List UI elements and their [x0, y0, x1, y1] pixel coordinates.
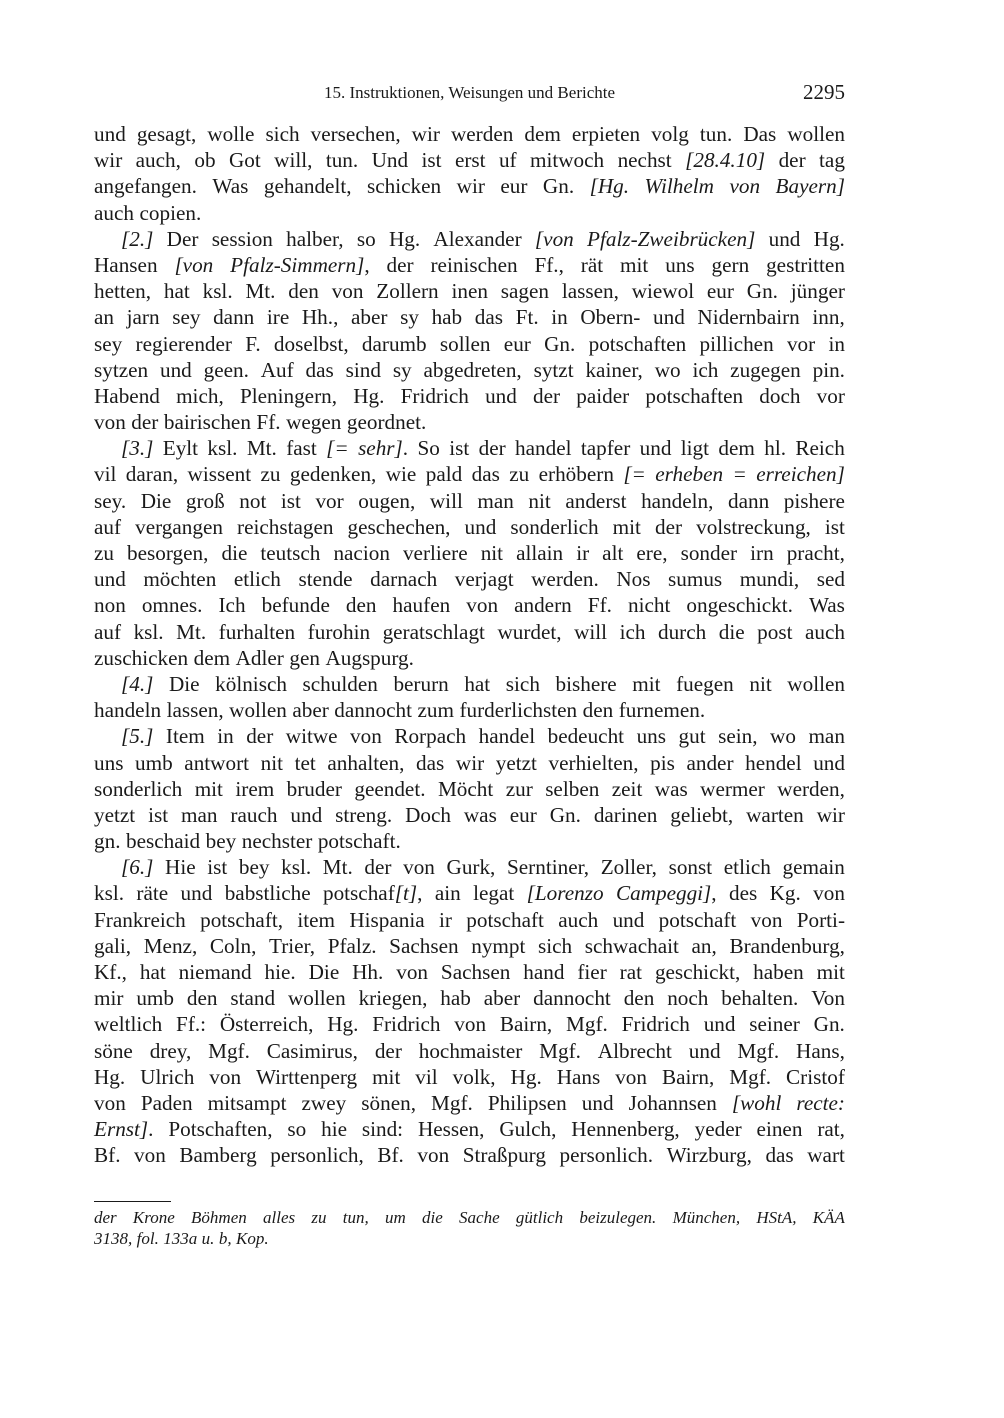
word: wurdet,: [497, 619, 561, 645]
word: Porti-: [797, 907, 845, 933]
word: ere,: [636, 540, 667, 566]
word: hand: [523, 959, 564, 985]
word: Was: [809, 592, 845, 618]
word: [wohl: [732, 1090, 781, 1116]
word: weltlich: [94, 1011, 162, 1037]
word: lassen,: [562, 278, 619, 304]
text-line: Hg.UlrichvonWirttenpergmitvilvolk,Hg.Han…: [94, 1064, 845, 1090]
word: wo: [655, 357, 681, 383]
text-line: hetten,hatksl.Mt.denvonZollerninensagenl…: [94, 278, 845, 304]
word: vergangen: [135, 514, 223, 540]
word: Habend: [94, 383, 160, 409]
word: antwort: [184, 750, 249, 776]
word: man: [181, 802, 217, 828]
word: 133a: [163, 1228, 197, 1249]
word: die: [719, 619, 745, 645]
word: daran,: [126, 461, 178, 487]
word: mit: [632, 671, 660, 697]
word: zwey: [302, 1090, 347, 1116]
word: sonderlich: [510, 514, 598, 540]
word: Mgf.: [729, 1064, 771, 1090]
word: der: [246, 723, 273, 749]
word: Item: [166, 723, 205, 749]
word: besorgen,: [127, 540, 208, 566]
word: Casimirus,: [267, 1038, 358, 1064]
word: wollen: [229, 697, 287, 723]
word: Pfalz-Zweibrücken]: [587, 226, 755, 252]
word: nit: [749, 671, 771, 697]
word: omnes.: [142, 592, 203, 618]
word: wir: [94, 147, 122, 173]
word: sy: [393, 357, 412, 383]
word: möchten: [143, 566, 216, 592]
word: potschaft.: [318, 828, 401, 854]
word: und: [94, 566, 126, 592]
word: post: [757, 619, 792, 645]
text-line: mirumbdenstandwollenkriegen,hababerdanno…: [94, 985, 845, 1011]
word: uns: [665, 252, 694, 278]
word: mitwoch: [530, 147, 604, 173]
word: befunde: [262, 592, 330, 618]
word: dannocht: [334, 697, 412, 723]
word: handel: [515, 435, 571, 461]
word: reinischen: [431, 252, 518, 278]
word: noch: [667, 985, 708, 1011]
word: gern: [712, 252, 750, 278]
word: sey: [94, 331, 122, 357]
page-header: 15. Instruktionen, Weisungen und Bericht…: [94, 80, 845, 106]
word: nechster: [242, 828, 313, 854]
word: um: [385, 1207, 406, 1228]
word: Serntiner,: [507, 854, 589, 880]
footnote-divider: [94, 1201, 171, 1202]
word: hochmaister: [419, 1038, 523, 1064]
word: pis: [650, 750, 675, 776]
text-line: sey.Diegroßnotistvorougen,willmannitande…: [94, 488, 845, 514]
word: b,: [219, 1228, 232, 1249]
word: fol.: [137, 1228, 159, 1249]
word: rauch: [230, 802, 277, 828]
word: wart: [807, 1142, 845, 1168]
word: Das: [743, 121, 776, 147]
word: [von: [174, 252, 213, 278]
word: Sachsen: [389, 933, 458, 959]
word: der: [94, 1207, 117, 1228]
word: kriegen,: [359, 985, 428, 1011]
text-line: sönedrey,Mgf.Casimirus,derhochmaisterMgf…: [94, 1038, 845, 1064]
word: Zollern: [376, 278, 438, 304]
word: Reich: [795, 435, 844, 461]
word: ich: [620, 619, 646, 645]
word: erreichen]: [756, 461, 845, 487]
word: sed: [817, 566, 845, 592]
word: das: [765, 1142, 793, 1168]
word: wollen: [787, 121, 845, 147]
word: wir: [412, 121, 440, 147]
word: zu: [509, 461, 529, 487]
word: Hennenberg,: [571, 1116, 679, 1142]
word: ir: [439, 907, 452, 933]
word: yetzt: [94, 802, 135, 828]
word: Hessen,: [418, 1116, 485, 1142]
word: ksl.: [134, 619, 164, 645]
word: Hg.: [389, 226, 420, 252]
word: Gn.: [747, 278, 778, 304]
word: kainer,: [585, 357, 642, 383]
word: Österreich,: [220, 1011, 314, 1037]
word: gen: [289, 645, 320, 671]
word: und: [160, 357, 192, 383]
word: Campeggi],: [616, 880, 717, 906]
word: mit: [817, 959, 845, 985]
word: beschaid: [126, 828, 200, 854]
word: handel: [479, 723, 535, 749]
text-line: ksl.räteundbabstlichepotschaf[t],ainlega…: [94, 880, 845, 906]
word: ist: [825, 514, 845, 540]
word: Hg.: [94, 1064, 125, 1090]
word: hat: [140, 959, 166, 985]
text-line: aufksl.Mt.furhaltenfurohingeratschlagtwu…: [94, 619, 845, 645]
word: wollen: [787, 671, 845, 697]
word: Coln,: [210, 933, 257, 959]
word: von: [350, 723, 382, 749]
word: wir: [817, 802, 845, 828]
text-line: weltlichFf.:Österreich,Hg.FridrichvonBai…: [94, 1011, 845, 1037]
word: pald: [426, 461, 462, 487]
word: verjagt: [455, 566, 514, 592]
word: paider: [576, 383, 629, 409]
word: nechst: [618, 147, 672, 173]
word: vor: [787, 331, 815, 357]
word: Ft.: [516, 304, 539, 330]
word: nit: [481, 540, 503, 566]
text-line: auchcopien.: [94, 200, 845, 226]
word: Hans: [557, 1064, 601, 1090]
word: Doch: [405, 802, 451, 828]
word: der: [375, 1038, 402, 1064]
word: will: [574, 619, 607, 645]
word: zeit: [612, 776, 643, 802]
word: zur: [506, 776, 533, 802]
word: wiewol: [632, 278, 694, 304]
word: das: [416, 750, 444, 776]
word: Hg.: [327, 1011, 358, 1037]
word: der: [364, 854, 391, 880]
word: vor: [817, 383, 845, 409]
word: Hh.,: [302, 304, 339, 330]
word: Ernst].: [94, 1116, 153, 1142]
word: gestritten: [766, 252, 845, 278]
word: alt: [602, 540, 623, 566]
word: anderst: [565, 488, 626, 514]
word: Obern-: [580, 304, 640, 330]
word: vil: [415, 1064, 437, 1090]
word: ire: [267, 304, 289, 330]
word: tun.: [326, 147, 358, 173]
text-line: vildaran,wissentzugedenken,wiepalddaszue…: [94, 461, 845, 487]
word: Mt.: [245, 278, 275, 304]
word: potschaften: [589, 331, 687, 357]
word: werden,: [777, 776, 845, 802]
word: ksl.: [94, 880, 124, 906]
word: Der: [167, 226, 199, 252]
word: sonder: [681, 540, 738, 566]
text-line: gali,Menz,Coln,Trier,Pfalz.Sachsennympts…: [94, 933, 845, 959]
word: gütlich: [516, 1207, 563, 1228]
word: potschaft: [659, 907, 737, 933]
word: mit: [195, 776, 223, 802]
word: uf: [499, 147, 517, 173]
word: von: [751, 907, 783, 933]
word: Die: [141, 488, 172, 514]
word: Alexander: [433, 226, 521, 252]
footnote-line: 3138,fol.133au.b,Kop.: [94, 1228, 845, 1249]
word: KÄA: [813, 1207, 845, 1228]
word: wir: [457, 173, 485, 199]
word: versechen,: [311, 121, 401, 147]
word: fier: [577, 959, 606, 985]
word: Und: [372, 147, 409, 173]
word: und: [689, 1038, 721, 1064]
word: die: [221, 540, 247, 566]
word: Ff.: [256, 409, 280, 435]
word: und: [465, 514, 497, 540]
word: bairischen: [164, 409, 251, 435]
word: not: [239, 488, 266, 514]
word: aber: [484, 985, 520, 1011]
word: eur: [500, 173, 527, 199]
word: zuschicken: [94, 645, 188, 671]
word: ain: [435, 880, 461, 906]
word: halber,: [286, 226, 343, 252]
word: allain: [516, 540, 563, 566]
word: =: [733, 461, 747, 487]
word: vil: [94, 461, 116, 487]
word: ich: [692, 357, 718, 383]
word: drey,: [150, 1038, 192, 1064]
word: irn: [750, 540, 774, 566]
word: Gulch,: [499, 1116, 556, 1142]
word: [Lorenzo: [527, 880, 604, 906]
word: werden.: [531, 566, 599, 592]
word: erpieten: [572, 121, 640, 147]
word: tun,: [343, 1207, 369, 1228]
word: tag: [819, 147, 845, 173]
word: abgedreten,: [424, 357, 522, 383]
word: den: [288, 278, 319, 304]
word: sytzen: [94, 357, 148, 383]
text-line: angefangen.Wasgehandelt,schickenwireurGn…: [94, 173, 845, 199]
word: sich: [265, 121, 299, 147]
word: und: [290, 802, 322, 828]
word: verhielten,: [549, 750, 639, 776]
text-line: nonomnes.IchbefundedenhaufenvonandernFf.…: [94, 592, 845, 618]
word: ongeschickt.: [686, 592, 793, 618]
word: an,: [692, 933, 717, 959]
word: [4.]: [121, 671, 153, 697]
word: der: [533, 383, 560, 409]
word: beizulegen.: [579, 1207, 656, 1228]
word: von: [134, 1142, 166, 1168]
word: Gn.: [814, 1011, 845, 1037]
word: potschaf[t],: [323, 880, 422, 906]
text-line: undmöchtenetlichstendedarnachverjagtwerd…: [94, 566, 845, 592]
word: andern: [514, 592, 572, 618]
word: furnemen.: [619, 697, 705, 723]
word: ist: [422, 147, 442, 173]
word: Gn.: [544, 331, 575, 357]
word: ir: [576, 540, 589, 566]
word: ksl.: [203, 278, 233, 304]
word: nacion: [333, 540, 389, 566]
word: sey.: [94, 488, 126, 514]
word: sich: [506, 671, 540, 697]
text-line: seyregierenderF.doselbst,darumbsolleneur…: [94, 331, 845, 357]
word: furohin: [308, 619, 370, 645]
word: geendet.: [354, 776, 425, 802]
word: auch: [558, 907, 598, 933]
word: der: [131, 409, 158, 435]
word: Pfalz-Simmern],: [230, 252, 369, 278]
word: pillichen: [700, 331, 774, 357]
word: Augspurg.: [325, 645, 414, 671]
word: hie: [321, 1116, 347, 1142]
word: inen: [451, 278, 487, 304]
word: ist: [207, 854, 227, 880]
text-line: zubesorgen,dieteutschnacionverlierenital…: [94, 540, 845, 566]
text-line: aufvergangenreichstagengeschechen,undson…: [94, 514, 845, 540]
word: sy: [400, 304, 419, 330]
word: sein,: [718, 723, 757, 749]
word: von: [615, 1064, 647, 1090]
word: reichstagen: [237, 514, 333, 540]
word: den: [187, 985, 218, 1011]
text-line: handelnlassen,wollenaberdannochtzumfurde…: [94, 697, 845, 723]
word: bey: [239, 854, 270, 880]
word: Hg.: [511, 1064, 542, 1090]
word: die: [422, 1207, 443, 1228]
word: Albrecht: [598, 1038, 672, 1064]
word: darnach: [370, 566, 437, 592]
word: von: [729, 173, 760, 199]
word: [=: [623, 461, 646, 487]
word: Mt.: [323, 854, 353, 880]
word: Rorpach: [394, 723, 466, 749]
word: darumb: [362, 331, 427, 357]
word: Wirzburg,: [667, 1142, 752, 1168]
word: [=: [326, 435, 349, 461]
word: item: [297, 907, 335, 933]
word: Mgf.: [539, 1038, 581, 1064]
word: gali,: [94, 933, 131, 959]
word: Hg.: [814, 226, 845, 252]
word: Mgf.: [737, 1038, 779, 1064]
word: [Hg.: [590, 173, 629, 199]
word: seiner: [749, 1011, 800, 1037]
word: nit: [261, 750, 283, 776]
word: wir: [456, 750, 484, 776]
word: 3138,: [94, 1228, 132, 1249]
word: und: [769, 226, 801, 252]
word: den: [624, 985, 655, 1011]
word: mit: [372, 1064, 400, 1090]
word: rät: [581, 252, 603, 278]
word: in: [551, 304, 567, 330]
text-line: [2.]Dersessionhalber,soHg.Alexander[vonP…: [94, 226, 845, 252]
word: regierender: [136, 331, 232, 357]
word: dem: [718, 435, 754, 461]
word: nicht: [628, 592, 670, 618]
word: ksl.: [281, 854, 311, 880]
word: sehr].: [358, 435, 408, 461]
word: [2.]: [121, 226, 153, 252]
word: Mgf.: [208, 1038, 250, 1064]
word: personlich,: [270, 1142, 364, 1168]
word: selben: [545, 776, 599, 802]
word: eur: [707, 278, 734, 304]
word: auch: [94, 200, 134, 226]
word: pin.: [813, 357, 845, 383]
word: Hh.: [352, 959, 383, 985]
word: auch,: [136, 147, 181, 173]
word: rat,: [817, 1116, 845, 1142]
word: potschaften: [645, 383, 743, 409]
word: Auf: [261, 357, 294, 383]
word: groß: [186, 488, 225, 514]
word: bishere: [556, 671, 617, 697]
word: Ulrich: [140, 1064, 194, 1090]
word: hat: [464, 671, 490, 697]
word: gemain: [782, 854, 844, 880]
word: das: [472, 461, 500, 487]
word: der: [479, 435, 506, 461]
word: von: [209, 1064, 241, 1090]
word: ist: [148, 802, 168, 828]
text-line: wirauch,obGotwill,tun.Undisterstufmitwoc…: [94, 147, 845, 173]
word: Sachsen: [441, 959, 510, 985]
page-number: 2295: [803, 80, 845, 105]
word: Gurk,: [447, 854, 496, 880]
word: erst: [455, 147, 486, 173]
word: was: [655, 776, 688, 802]
word: vor: [315, 488, 343, 514]
word: Zoller,: [601, 854, 657, 880]
word: zu: [311, 1207, 326, 1228]
word: stende: [298, 566, 352, 592]
word: will,: [274, 147, 312, 173]
word: sonderlich: [94, 776, 182, 802]
word: der: [655, 514, 682, 540]
word: von: [813, 880, 845, 906]
word: sich: [538, 933, 572, 959]
word: irem: [235, 776, 274, 802]
word: dannocht: [533, 985, 611, 1011]
word: anhalten,: [327, 750, 404, 776]
word: gehandelt,: [264, 173, 352, 199]
word: von: [332, 278, 364, 304]
text-line: unsumbantwortnittetanhalten,daswiryetztv…: [94, 750, 845, 776]
word: witwe: [286, 723, 338, 749]
word: aber: [351, 304, 387, 330]
word: Hie: [165, 854, 196, 880]
word: zugegen: [730, 357, 801, 383]
word: ksl.: [207, 435, 237, 461]
word: mich,: [176, 383, 224, 409]
word: und: [94, 121, 126, 147]
word: Frankreich: [94, 907, 186, 933]
word: Johannsen: [629, 1090, 717, 1116]
word: Fridrich: [372, 1011, 440, 1037]
